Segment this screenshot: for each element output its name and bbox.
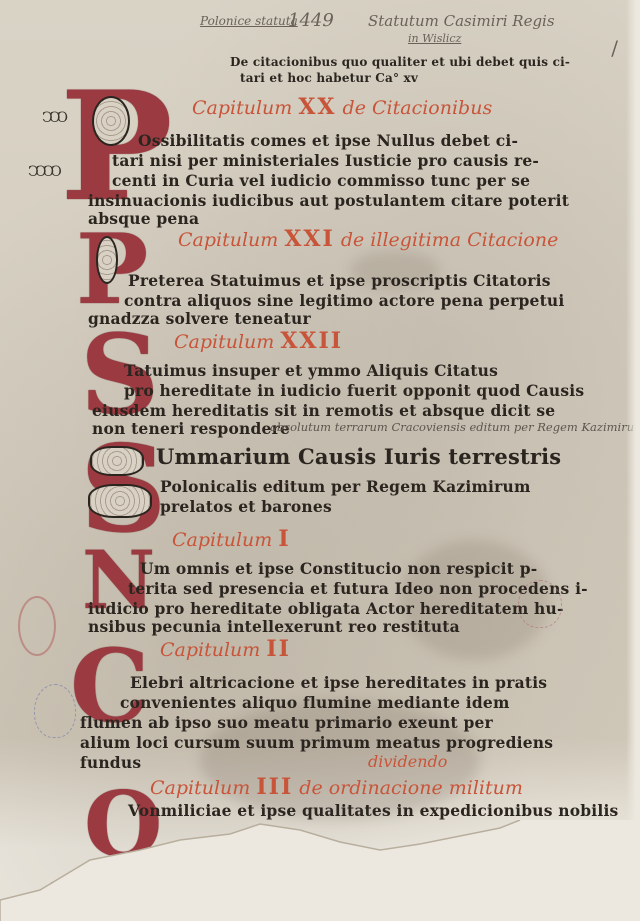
- title-line: Ummarium Causis Iuris terrestris: [156, 446, 561, 467]
- initial-infill: [88, 484, 152, 518]
- initial-infill: [90, 446, 144, 476]
- text-line: Um omnis et ipse Constitucio non respici…: [140, 558, 537, 579]
- shelf-note-title: Statutum Casimiri Regis: [368, 12, 555, 30]
- rubric-chapter-iii: Capitulum III de ordinacione militum: [150, 774, 523, 800]
- initial-infill: [96, 236, 118, 284]
- folio-mark: /: [611, 36, 618, 60]
- red-loop-flourish: [18, 596, 56, 656]
- flourish-icon: ↃↃↃ: [42, 110, 65, 126]
- title-line: Polonicalis editum per Regem Kazimirum: [160, 476, 531, 497]
- margin-gloss: absolutum terrarum Cracoviensis editum p…: [270, 420, 640, 434]
- flourish-icon: ↃↃↃↃ: [28, 164, 59, 180]
- shelf-note: Polonice statuta 1449 Statutum Casimiri …: [200, 10, 620, 40]
- text-line: alium loci cursum suum primum meatus pro…: [80, 732, 553, 753]
- rubric-chapter-xx: Capitulum XX de Citacionibus: [192, 94, 492, 120]
- text-line: tari nisi per ministeriales Iusticie pro…: [112, 150, 539, 171]
- text-line: Vonmiliciae et ipse qualitates in expedi…: [128, 800, 618, 821]
- initial-infill: [92, 96, 130, 146]
- text-line: Ossibilitatis comes et ipse Nullus debet…: [138, 130, 518, 151]
- rubric-chapter-xxi: Capitulum XXI de illegitima Citacione: [178, 226, 558, 252]
- manuscript-page: Polonice statuta 1449 Statutum Casimiri …: [0, 0, 640, 921]
- rubric-chapter-xxii: Capitulum XXII: [174, 328, 343, 354]
- library-stamp-blue: [34, 684, 76, 738]
- shelf-note-subtitle: in Wislicz: [408, 32, 461, 45]
- text-line: Tatuimus insuper et ymmo Aliquis Citatus: [124, 360, 498, 381]
- text-line: fundus: [80, 752, 141, 773]
- torn-edge: [0, 820, 640, 921]
- text-line: pro hereditate in iudicio fuerit opponit…: [124, 380, 584, 401]
- text-line: flumen ab ipso suo meatu primario exeunt…: [80, 712, 493, 733]
- rubric-dividendo: dividendo: [368, 752, 447, 771]
- page-edge: [626, 0, 640, 921]
- rubric-chapter-ii: Capitulum II: [160, 636, 291, 662]
- shelf-note-left: Polonice statuta: [200, 14, 298, 28]
- library-stamp-red: [518, 580, 562, 628]
- text-line: convenientes aliquo flumine mediante ide…: [120, 692, 510, 713]
- text-line: Elebri altricacione et ipse hereditates …: [130, 672, 547, 693]
- shelf-note-year: 1449: [288, 10, 334, 31]
- text-line: centi in Curia vel iudicio commisso tunc…: [112, 170, 530, 191]
- title-line: prelatos et barones: [160, 496, 332, 517]
- heading-line-2: tari et hoc habetur Ca° xv: [240, 68, 418, 89]
- rubric-chapter-i: Capitulum I: [172, 526, 291, 552]
- text-line: Preterea Statuimus et ipse proscriptis C…: [128, 270, 551, 291]
